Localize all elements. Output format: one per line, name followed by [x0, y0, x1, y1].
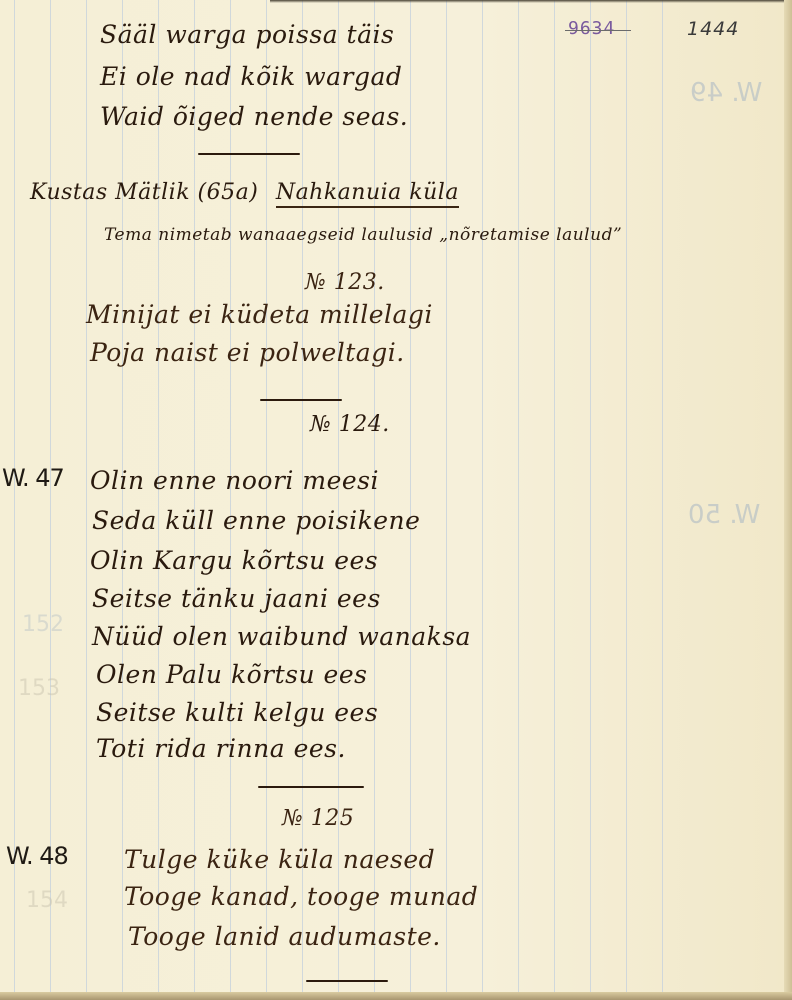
verse-line: Nüüd olen waibund wanaksa	[92, 622, 471, 651]
verse-line: Ei ole nad kõik wargad	[100, 62, 402, 91]
verse-line: Tooge lanid audumaste.	[128, 922, 441, 951]
song-number: № 125	[282, 806, 354, 831]
song-number: № 124.	[310, 412, 390, 437]
archive-stamp: 9634	[568, 18, 615, 39]
verse-line: Tooge kanad, tooge munad	[124, 882, 478, 911]
verse-line: Seda küll enne poisikene	[92, 506, 420, 535]
rule-line	[554, 0, 555, 994]
page-top-shadow	[270, 0, 784, 3]
page-edge-bottom	[0, 992, 792, 1000]
bleed-through-mark: 154	[26, 888, 68, 913]
rule-line	[590, 0, 591, 994]
margin-reference: W. 48	[6, 842, 68, 870]
margin-reference: W. 47	[2, 464, 64, 492]
rule-line	[86, 0, 87, 994]
bleed-through-mark: W. 50	[688, 500, 760, 530]
manuscript-page: W. 49 W. 50 152 153 154 9634 1444 Sääl w…	[0, 0, 784, 994]
informant-name: Kustas Mätlik (65a)	[30, 180, 258, 205]
informant-note: Tema nimetab wanaaegseid laulusid „nõret…	[104, 225, 622, 245]
verse-line: Olen Palu kõrtsu ees	[96, 660, 367, 689]
verse-line: Olin enne noori meesi	[90, 466, 379, 495]
verse-line: Tulge küke küla naesed	[124, 845, 435, 874]
rule-line	[626, 0, 627, 994]
bleed-through-mark: W. 49	[690, 78, 762, 108]
verse-line: Olin Kargu kõrtsu ees	[90, 546, 378, 575]
bleed-through-mark: 152	[22, 612, 64, 637]
page-edge-right	[784, 0, 792, 1000]
bleed-through-mark: 153	[18, 676, 60, 701]
rule-line	[518, 0, 519, 994]
stamp-strikethrough	[565, 30, 631, 31]
informant-heading: Kustas Mätlik (65a) Nahkanuia küla	[30, 180, 459, 205]
verse-line: Waid õiged nende seas.	[100, 102, 408, 131]
rule-line	[446, 0, 447, 994]
verse-line: Sääl warga poissa täis	[100, 20, 394, 49]
verse-line: Seitse kulti kelgu ees	[96, 698, 378, 727]
verse-line: Poja naist ei polweltagi.	[90, 338, 405, 367]
section-divider	[198, 153, 300, 155]
folio-number: 1444	[687, 18, 739, 40]
section-divider	[260, 399, 342, 401]
verse-line: Minijat ei küdeta millelagi	[86, 300, 433, 329]
section-divider	[306, 980, 388, 982]
rule-line	[482, 0, 483, 994]
informant-village: Nahkanuia küla	[276, 180, 459, 208]
verse-line: Toti rida rinna ees.	[96, 734, 346, 763]
section-divider	[258, 786, 364, 788]
verse-line: Seitse tänku jaani ees	[92, 584, 381, 613]
song-number: № 123.	[305, 270, 385, 295]
rule-line	[662, 0, 663, 994]
rule-line	[122, 0, 123, 994]
